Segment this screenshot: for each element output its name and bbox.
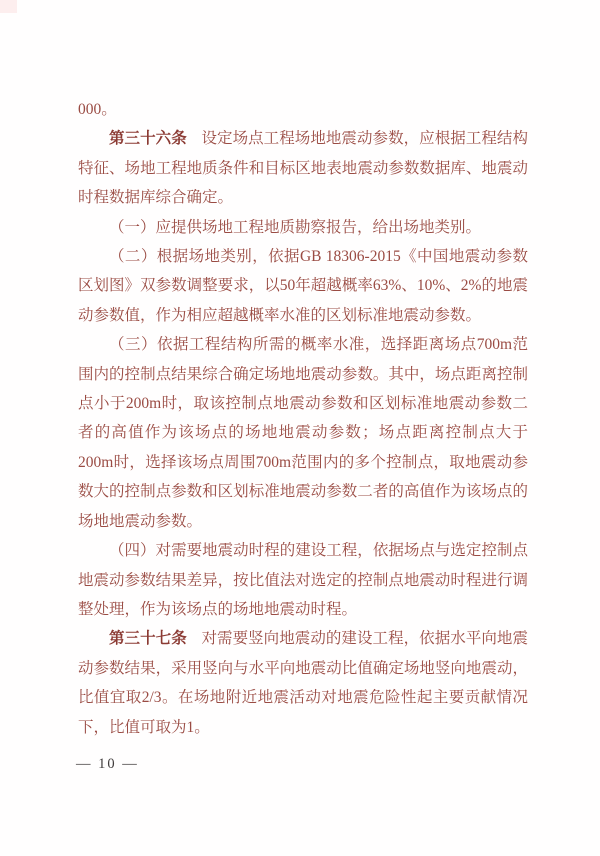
paragraph-text: （一）应提供场地工程地质勘察报告，给出场地类别。: [109, 219, 481, 236]
article-36-number: 第三十六条: [109, 130, 187, 147]
scan-corner-artifact: [0, 0, 17, 13]
item-1-paragraph: （一）应提供场地工程地质勘察报告，给出场地类别。: [78, 213, 528, 242]
article-37-number: 第三十七条: [109, 630, 187, 647]
paragraph-text: （四）对需要地震动时程的建设工程，依据场点与选定控制点地震动参数结果差异，按比值…: [78, 542, 528, 618]
article-36-paragraph: 第三十六条设定场点工程场地地震动参数，应根据工程结构特征、场地工程地质条件和目标…: [78, 124, 528, 212]
page-number: — 10 —: [76, 756, 139, 773]
item-3-paragraph: （三）依据工程结构所需的概率水准，选择距离场点700m范围内的控制点结果综合确定…: [78, 330, 528, 536]
scanned-document-page: 000。 第三十六条设定场点工程场地地震动参数，应根据工程结构特征、场地工程地质…: [0, 0, 600, 856]
item-2-paragraph: （二）根据场地类别，依据GB 18306-2015《中国地震动参数区划图》双参数…: [78, 242, 528, 330]
paragraph-text: 000。: [78, 101, 117, 118]
article-37-paragraph: 第三十七条对需要竖向地震动的建设工程，依据水平向地震动参数结果，采用竖向与水平向…: [78, 624, 528, 742]
paragraph-text: （三）依据工程结构所需的概率水准，选择距离场点700m范围内的控制点结果综合确定…: [78, 336, 528, 529]
paragraph-text: （二）根据场地类别，依据GB 18306-2015《中国地震动参数区划图》双参数…: [78, 248, 528, 324]
item-4-paragraph: （四）对需要地震动时程的建设工程，依据场点与选定控制点地震动参数结果差异，按比值…: [78, 536, 528, 624]
carryover-line: 000。: [78, 95, 528, 124]
document-body: 000。 第三十六条设定场点工程场地地震动参数，应根据工程结构特征、场地工程地质…: [78, 95, 528, 742]
